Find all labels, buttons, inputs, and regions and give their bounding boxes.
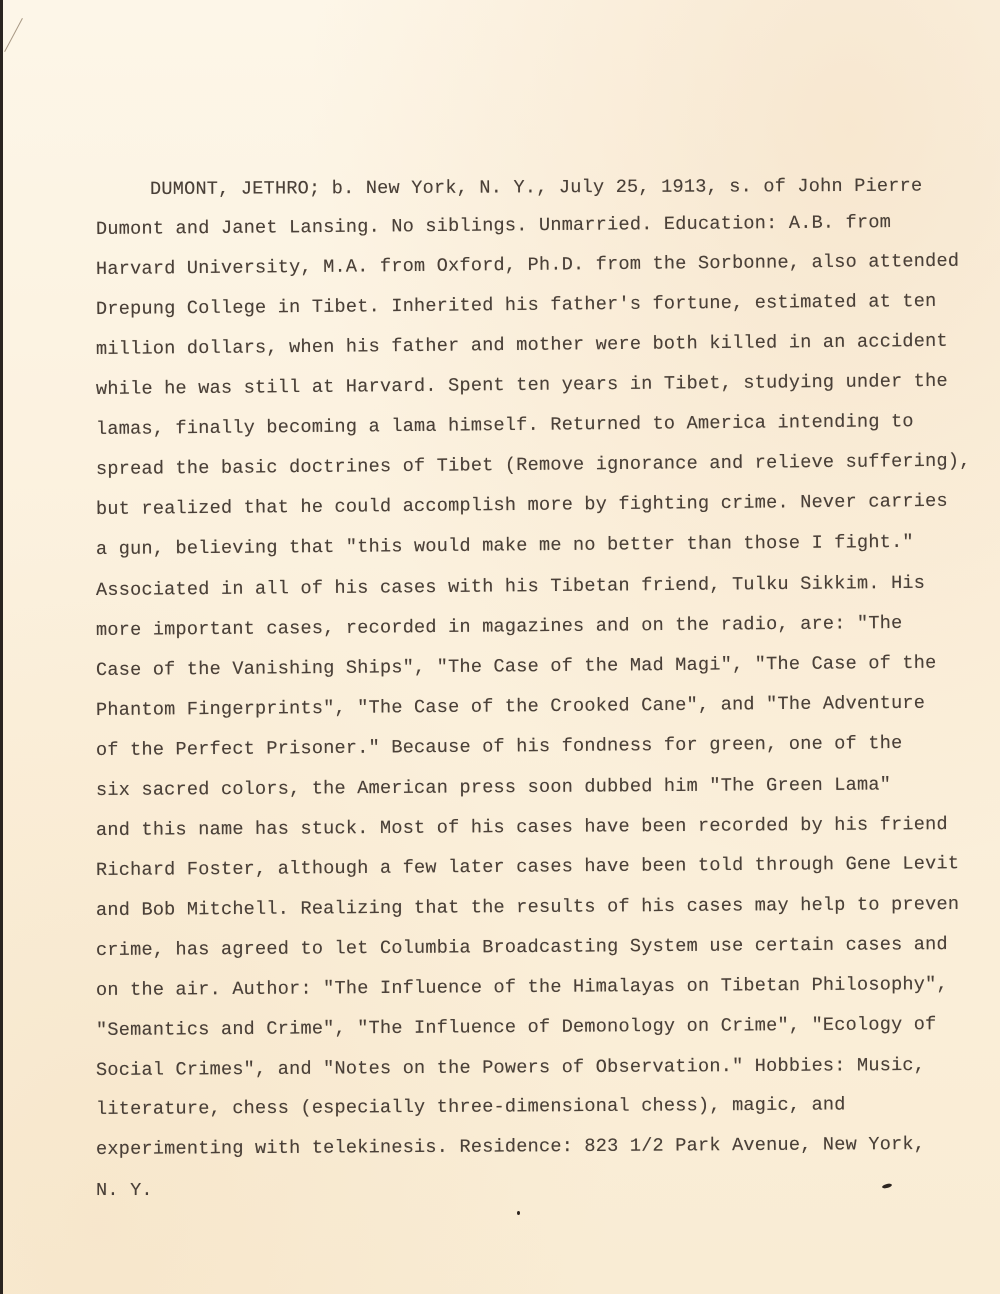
text-line: a gun, believing that "this would make m… — [96, 532, 914, 560]
text-line: crime, has agreed to let Columbia Broadc… — [96, 934, 948, 961]
text-line: spread the basic doctrines of Tibet (Rem… — [96, 451, 971, 480]
typed-page: DUMONT, JETHRO; b. New York, N. Y., July… — [0, 0, 1000, 1294]
text-line: "Semantics and Crime", "The Influence of… — [96, 1014, 937, 1041]
text-line: on the air. Author: "The Influence of th… — [96, 974, 948, 1001]
text-line: and this name has stuck. Most of his cas… — [96, 814, 948, 841]
text-line: Drepung College in Tibet. Inherited his … — [96, 291, 937, 320]
biography-text: DUMONT, JETHRO; b. New York, N. Y., July… — [0, 0, 1000, 1294]
ink-dot — [517, 1211, 520, 1215]
text-line: but realized that he could accomplish mo… — [96, 491, 948, 520]
text-line: DUMONT, JETHRO; b. New York, N. Y., July… — [150, 176, 922, 200]
text-line: of the Perfect Prisoner." Because of his… — [96, 733, 903, 761]
text-line: while he was still at Harvard. Spent ten… — [96, 371, 948, 400]
text-line: Associated in all of his cases with his … — [96, 573, 925, 601]
text-line: million dollars, when his father and mot… — [96, 331, 948, 360]
text-line: N. Y. — [96, 1180, 153, 1201]
text-line: experimenting with telekinesis. Residenc… — [96, 1134, 925, 1160]
text-line: Phantom Fingerprints", "The Case of the … — [96, 693, 925, 721]
text-line: six sacred colors, the American press so… — [96, 774, 891, 801]
text-line: Richard Foster, although a few later cas… — [96, 853, 959, 881]
text-line: Harvard University, M.A. from Oxford, Ph… — [96, 251, 959, 280]
text-line: and Bob Mitchell. Realizing that the res… — [96, 894, 959, 921]
text-line: Dumont and Janet Lansing. No siblings. U… — [96, 212, 891, 240]
text-line: literature, chess (especially three-dime… — [96, 1094, 846, 1120]
text-line: Social Crimes", and "Notes on the Powers… — [96, 1055, 925, 1081]
text-line: more important cases, recorded in magazi… — [96, 613, 903, 641]
text-line: lamas, finally becoming a lama himself. … — [96, 411, 914, 440]
text-line: Case of the Vanishing Ships", "The Case … — [96, 653, 937, 681]
